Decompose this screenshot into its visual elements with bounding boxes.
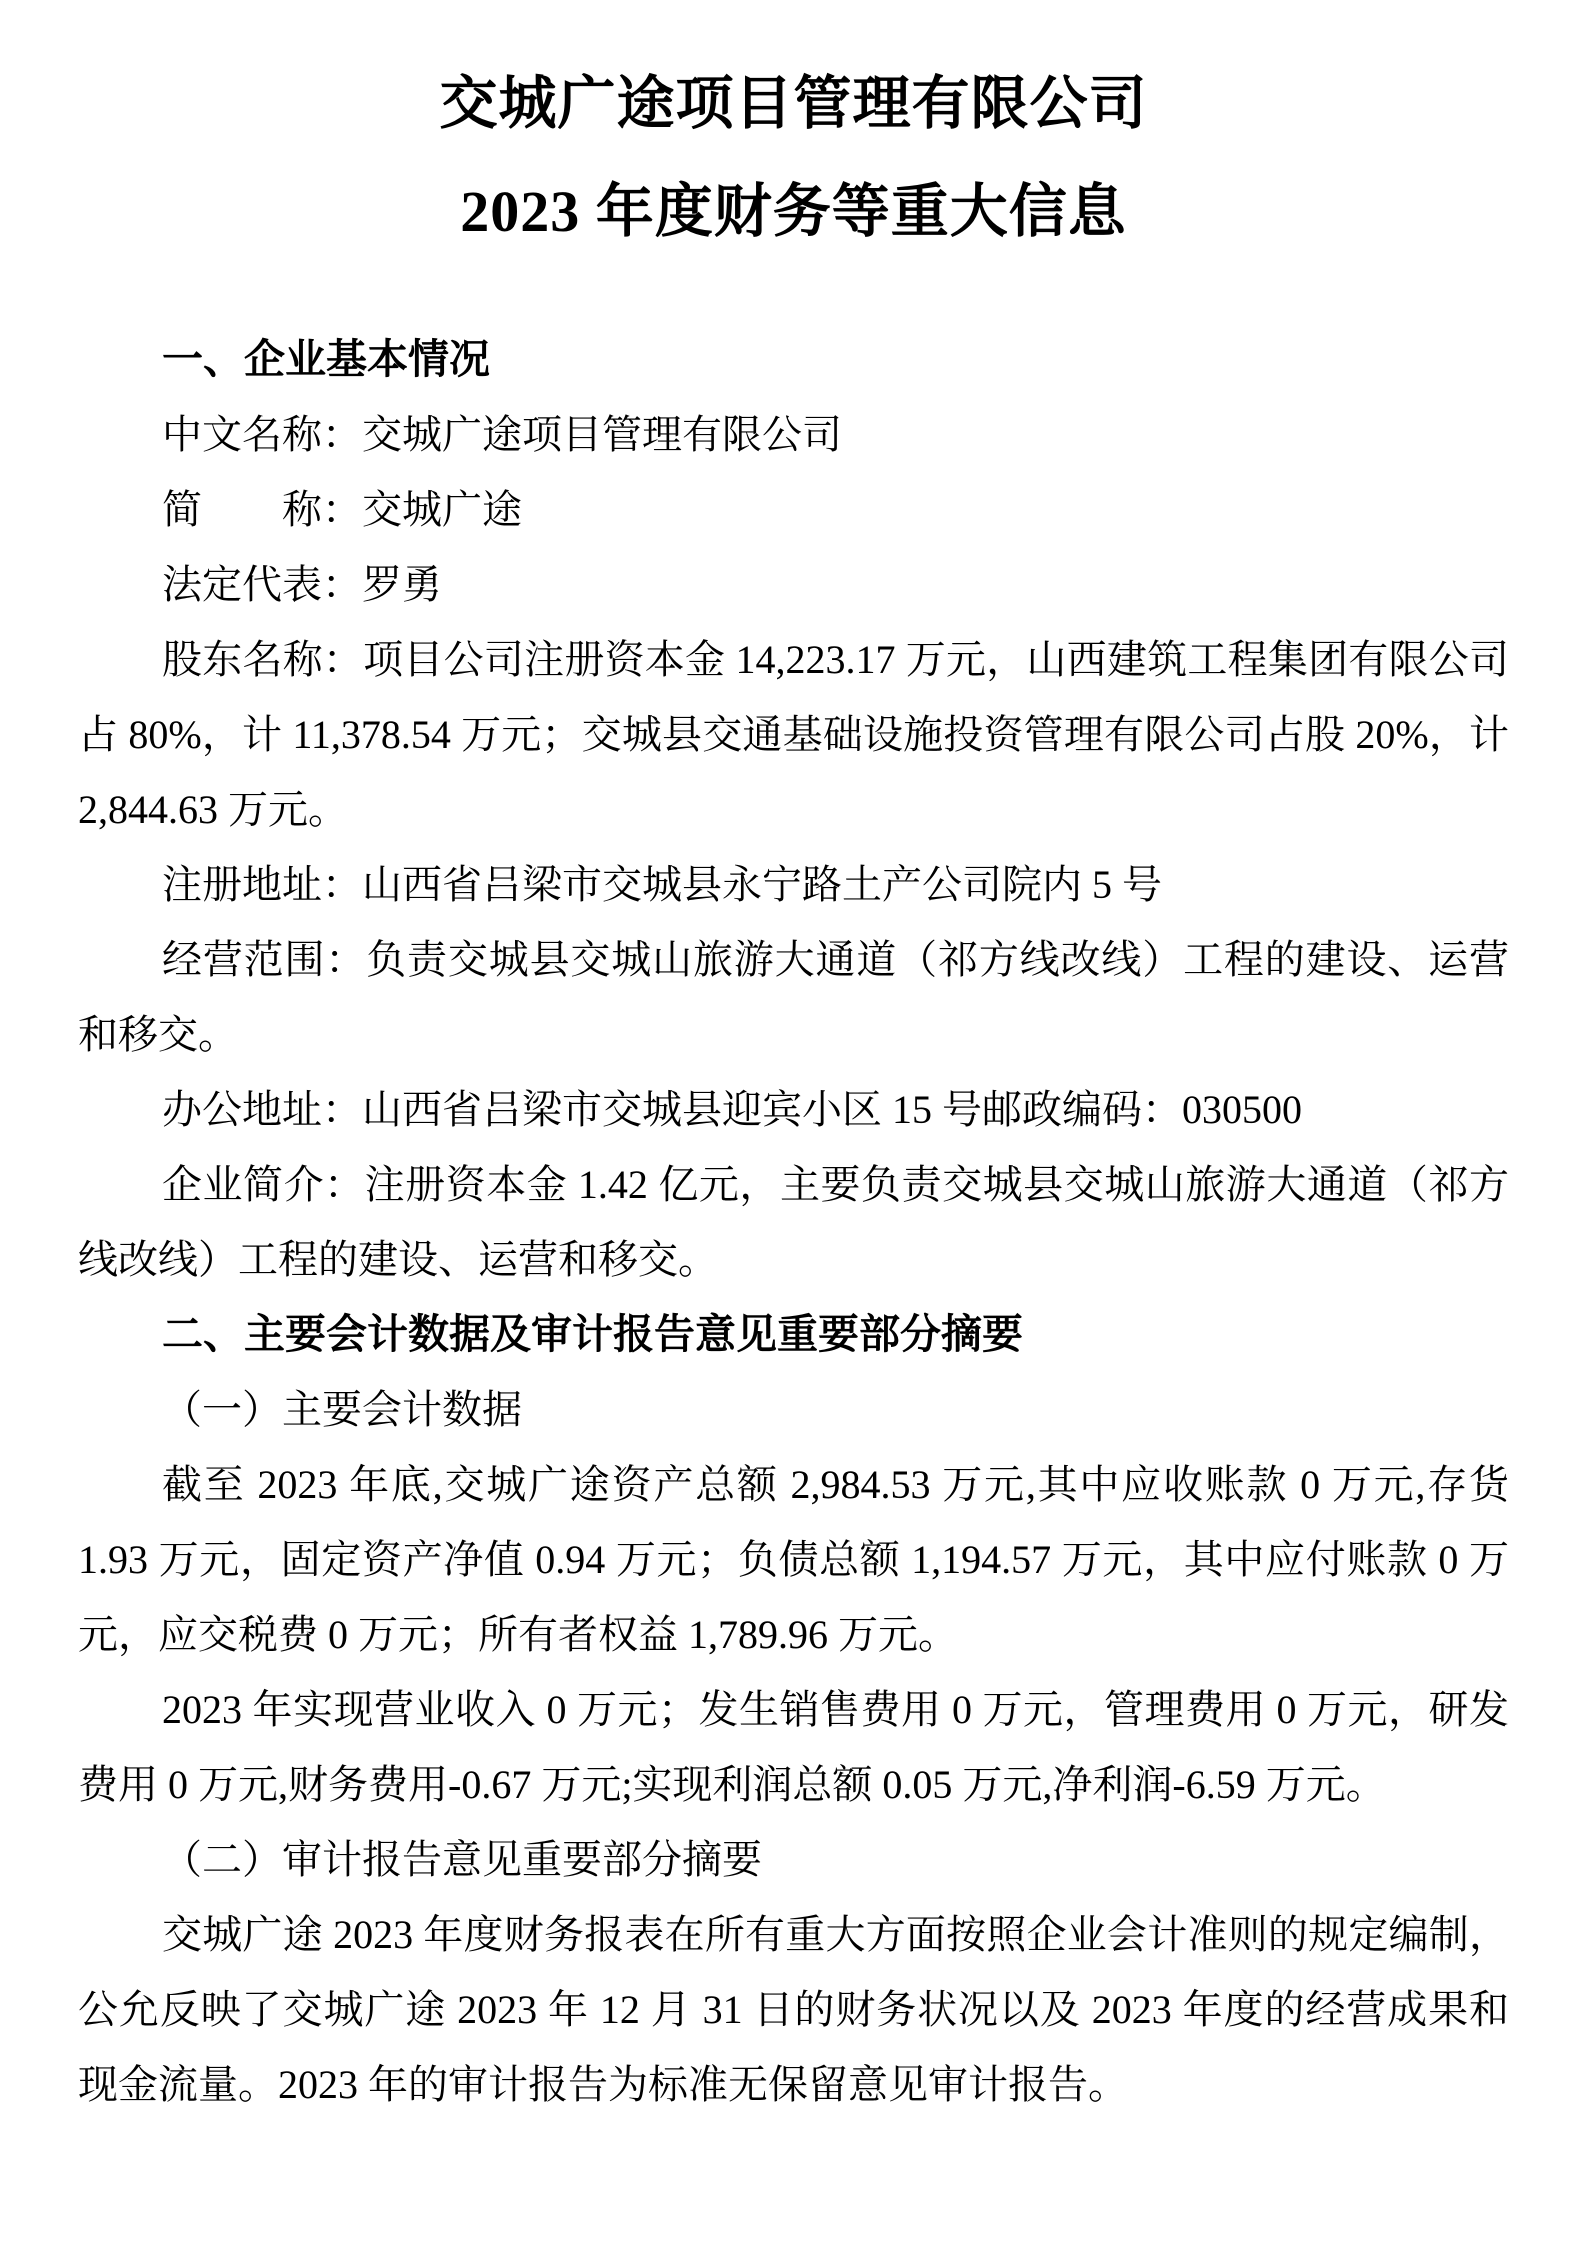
audit-opinion-paragraph: 交城广途 2023 年度财务报表在所有重大方面按照企业会计准则的规定编制，公允反…: [78, 1897, 1509, 2122]
field-registered-address: 注册地址：山西省吕梁市交城县永宁路土产公司院内 5 号: [78, 847, 1509, 922]
section-2-heading: 二、主要会计数据及审计报告意见重要部分摘要: [78, 1297, 1509, 1372]
field-company-profile: 企业简介：注册资本金 1.42 亿元，主要负责交城县交城山旅游大通道（祁方线改线…: [78, 1147, 1509, 1297]
subsection-1-heading: （一）主要会计数据: [78, 1372, 1509, 1447]
field-chinese-name: 中文名称：交城广途项目管理有限公司: [78, 397, 1509, 472]
field-legal-representative: 法定代表：罗勇: [78, 547, 1509, 622]
accounting-data-paragraph-1: 截至 2023 年底,交城广途资产总额 2,984.53 万元,其中应收账款 0…: [78, 1447, 1509, 1672]
field-office-address: 办公地址：山西省吕梁市交城县迎宾小区 15 号邮政编码：030500: [78, 1072, 1509, 1147]
document-page: 交城广途项目管理有限公司 2023 年度财务等重大信息 一、企业基本情况 中文名…: [0, 0, 1587, 2245]
document-body: 一、企业基本情况 中文名称：交城广途项目管理有限公司 简 称：交城广途 法定代表…: [78, 322, 1509, 2122]
doc-title-line2: 2023 年度财务等重大信息: [78, 158, 1509, 266]
accounting-data-paragraph-2: 2023 年实现营业收入 0 万元；发生销售费用 0 万元，管理费用 0 万元，…: [78, 1672, 1509, 1822]
field-shareholders: 股东名称：项目公司注册资本金 14,223.17 万元，山西建筑工程集团有限公司…: [78, 622, 1509, 847]
doc-title-line1: 交城广途项目管理有限公司: [78, 50, 1509, 158]
subsection-2-heading: （二）审计报告意见重要部分摘要: [78, 1822, 1509, 1897]
field-short-name: 简 称：交城广途: [78, 472, 1509, 547]
section-1-heading: 一、企业基本情况: [78, 322, 1509, 397]
field-business-scope: 经营范围：负责交城县交城山旅游大通道（祁方线改线）工程的建设、运营和移交。: [78, 922, 1509, 1072]
